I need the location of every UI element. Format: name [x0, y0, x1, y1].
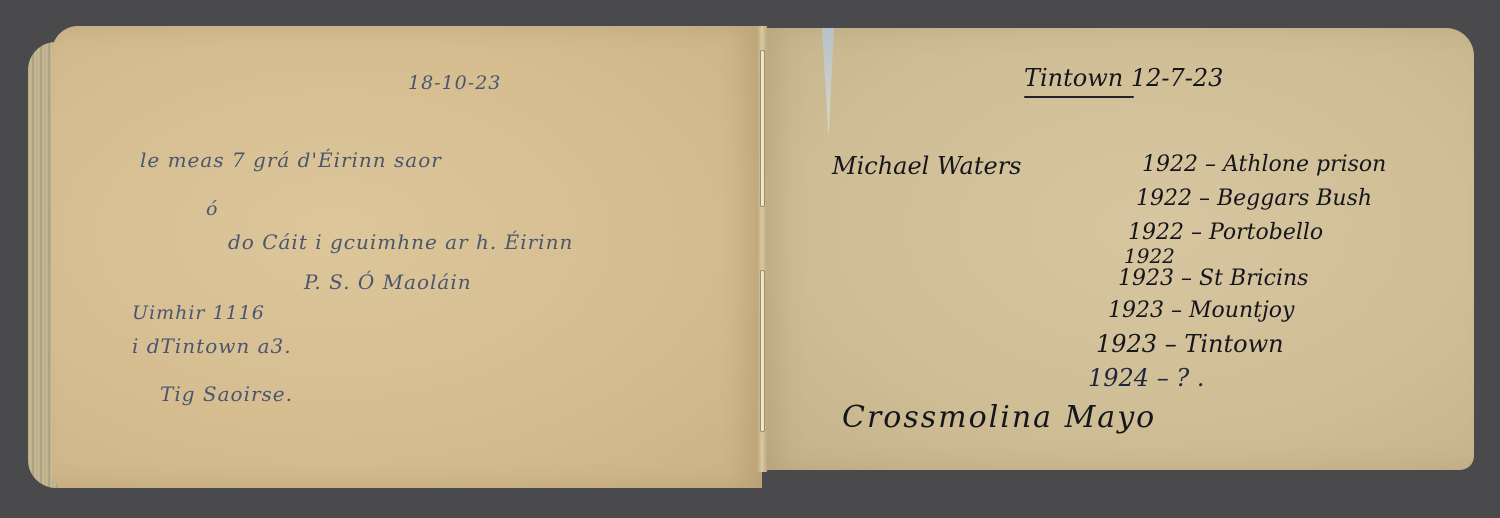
- record-place: Tintown: [1184, 330, 1283, 358]
- record-year: 1922: [1136, 186, 1192, 211]
- left-page-date: 18-10-23: [408, 72, 501, 94]
- autograph-book: 18-10-23 le meas 7 grá d'Éirinn saor ó d…: [0, 0, 1500, 518]
- record-row: 1924 – ? .: [1088, 364, 1204, 392]
- header-underline: [1024, 96, 1134, 98]
- left-page: 18-10-23 le meas 7 grá d'Éirinn saor ó d…: [52, 26, 762, 488]
- record-row: 1923 – Mountjoy: [1108, 298, 1294, 323]
- left-line-7: Tig Saoirse.: [160, 382, 293, 406]
- left-signature: P. S. Ó Maoláin: [304, 270, 472, 294]
- binding-thread: [760, 50, 765, 207]
- hometown: Crossmolina Mayo: [842, 400, 1156, 435]
- left-line-3: do Cáit i gcuimhne ar h. Éirinn: [228, 230, 573, 254]
- record-place: Mountjoy: [1189, 298, 1294, 323]
- left-line-5: Uimhir 1116: [132, 302, 265, 324]
- record-place: Athlone prison: [1223, 152, 1386, 177]
- left-line-6: i dTintown a3.: [132, 334, 292, 358]
- record-place: ? .: [1176, 364, 1204, 392]
- record-year: 1922: [1128, 220, 1184, 245]
- record-place: Portobello: [1209, 220, 1323, 245]
- record-row: 1922: [1124, 244, 1175, 268]
- record-place: St Bricins: [1199, 266, 1308, 291]
- record-row: 1922 – Athlone prison: [1142, 152, 1386, 177]
- binding-thread: [760, 270, 765, 432]
- right-page: Tintown 12-7-23 Michael Waters 1922 – At…: [762, 28, 1474, 470]
- signature-name: Michael Waters: [832, 152, 1022, 180]
- record-year: 1922: [1124, 244, 1175, 268]
- record-row: 1922 – Beggars Bush: [1136, 186, 1372, 211]
- left-line-1: le meas 7 grá d'Éirinn saor: [140, 148, 442, 172]
- record-place: Beggars Bush: [1217, 186, 1372, 211]
- record-row: 1923 – St Bricins: [1118, 266, 1308, 291]
- record-year: 1922: [1142, 152, 1198, 177]
- record-year: 1923: [1118, 266, 1174, 291]
- record-year: 1923: [1108, 298, 1164, 323]
- record-row: 1922 – Portobello: [1128, 220, 1323, 245]
- record-row: 1923 – Tintown: [1096, 330, 1284, 358]
- left-line-2: ó: [206, 198, 218, 220]
- record-year: 1923: [1096, 330, 1157, 358]
- right-page-header: Tintown 12-7-23: [1024, 64, 1223, 92]
- record-year: 1924: [1088, 364, 1149, 392]
